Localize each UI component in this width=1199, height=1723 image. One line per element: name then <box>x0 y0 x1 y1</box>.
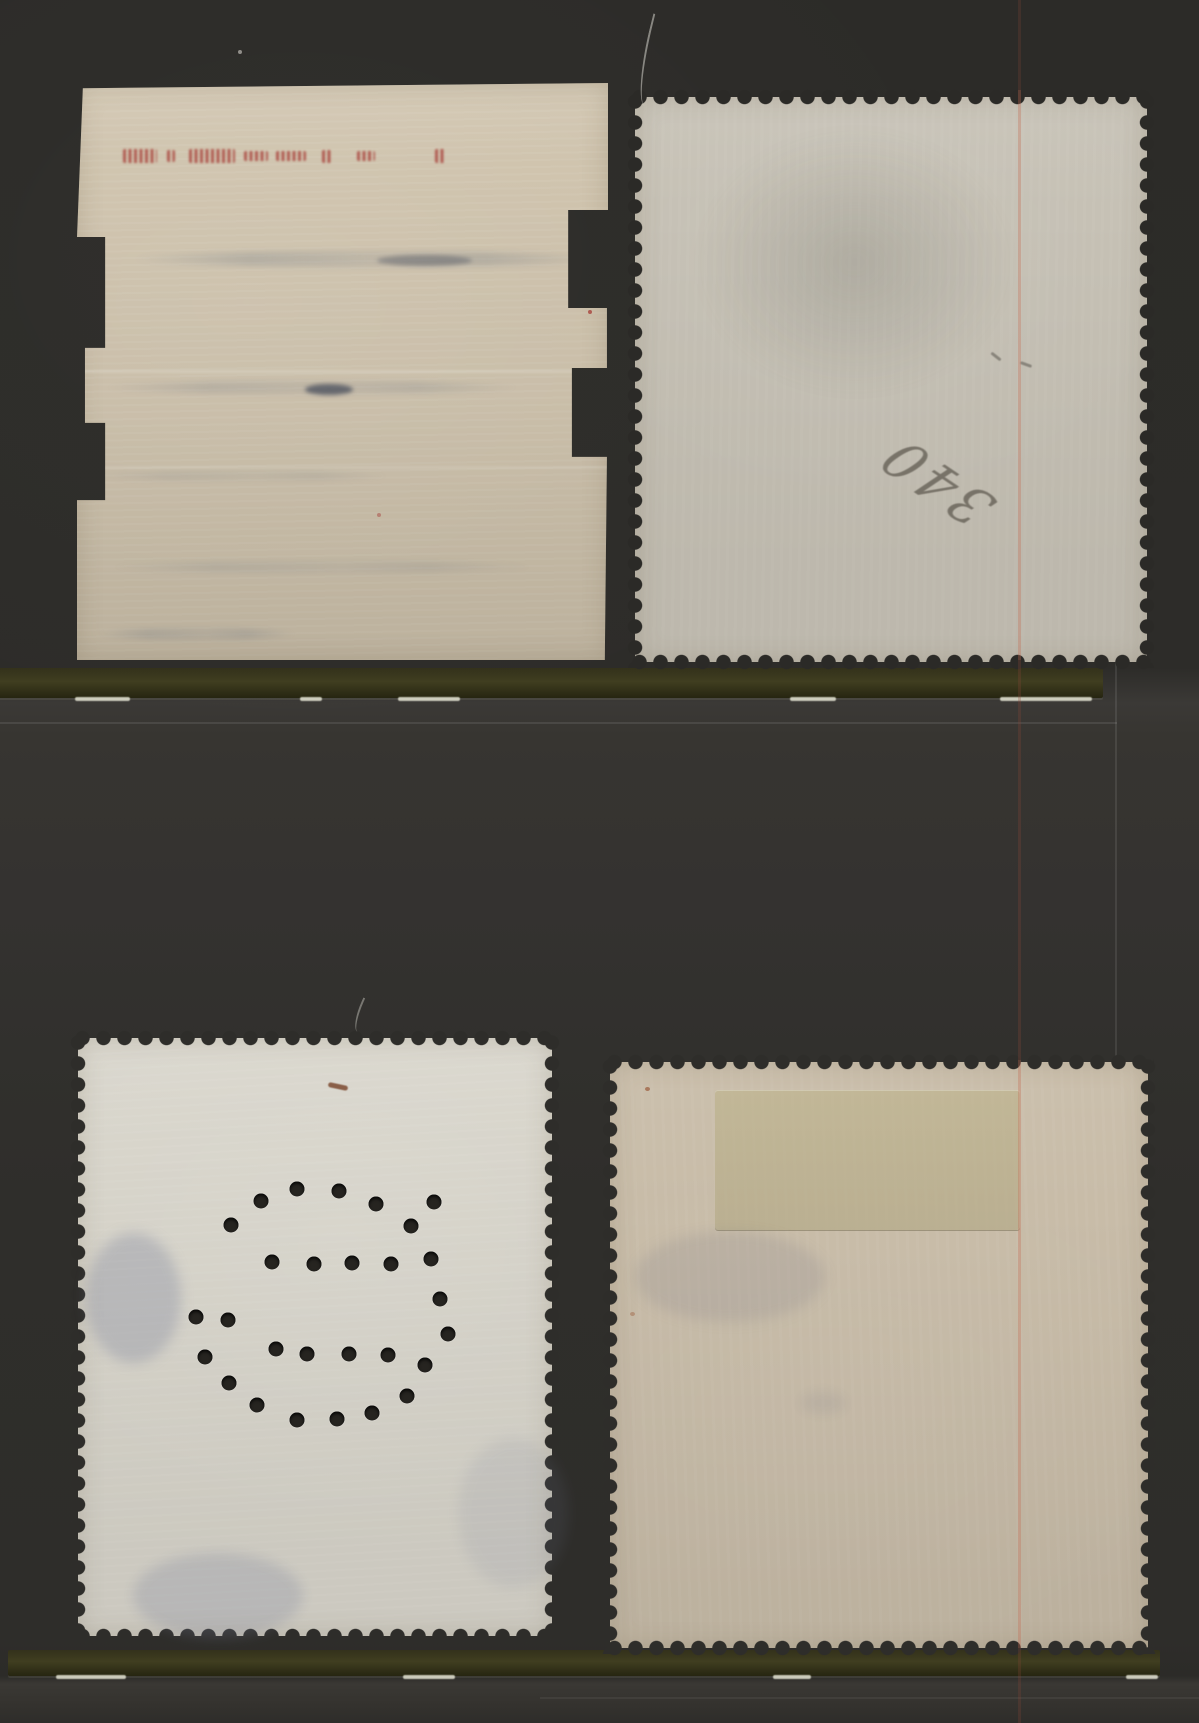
perforation-edge <box>629 89 1153 105</box>
perfin-hole <box>364 1405 379 1420</box>
precancel-mark <box>189 149 235 163</box>
perforation-edge <box>1140 1056 1156 1654</box>
perfin-hole <box>307 1257 322 1272</box>
perfin-hole <box>344 1255 359 1270</box>
ink-smudge <box>377 255 472 266</box>
dust-speck <box>238 50 242 54</box>
ink-smudge <box>97 628 297 640</box>
dust-fiber <box>350 997 373 1032</box>
stamp-bottom-left-perfin-back <box>78 1038 552 1636</box>
perfin-hole <box>383 1257 398 1272</box>
pencil-inscription-text: 340 <box>865 426 1009 537</box>
precancel-mark <box>322 150 331 163</box>
strip-glint <box>1126 1675 1158 1679</box>
ink-smudge <box>132 251 602 267</box>
perfin-hole <box>222 1376 237 1391</box>
precancel-mark <box>435 149 445 163</box>
red-speck <box>588 310 592 314</box>
rust-speck <box>645 1087 650 1091</box>
strip-glint <box>398 697 460 701</box>
dust-fiber <box>631 13 669 106</box>
precancel-mark <box>167 150 175 162</box>
sleeve-scratch-line <box>1115 640 1117 1060</box>
perfin-hole <box>441 1327 456 1342</box>
perfin-hole <box>253 1194 268 1209</box>
perforation-edge <box>602 1056 618 1654</box>
pencil-speck <box>1020 361 1032 368</box>
perfin-hole <box>433 1291 448 1306</box>
perforation-edge <box>627 91 643 668</box>
perfin-hole <box>289 1413 304 1428</box>
perfin-hole <box>380 1347 395 1362</box>
stockcard-strip-edge-bottom <box>8 1650 1160 1676</box>
blue-stain <box>458 1438 568 1588</box>
rust-speck <box>630 1312 635 1316</box>
precancel-mark <box>357 151 375 161</box>
perfin-hole <box>220 1313 235 1328</box>
strip-glint <box>56 1675 126 1679</box>
red-thread-line <box>1018 0 1021 1723</box>
blue-stain <box>133 1553 303 1638</box>
precancel-mark <box>244 151 268 161</box>
red-speck <box>590 287 594 291</box>
precancel-marking <box>123 147 445 165</box>
perfin-hole <box>399 1389 414 1404</box>
perfin-hole <box>224 1218 239 1233</box>
paper-crease <box>77 370 608 373</box>
perforation-edge <box>604 1054 1154 1070</box>
perfin-hole <box>289 1182 304 1197</box>
strip-glint <box>773 1675 811 1679</box>
hinge-remnant <box>715 1090 1020 1230</box>
paper-crease <box>77 466 608 469</box>
strip-glint <box>300 697 322 701</box>
precancel-mark <box>276 151 306 161</box>
stamp-top-left-coil-back <box>77 83 608 660</box>
perfin-hole <box>299 1346 314 1361</box>
strip-glint <box>75 697 130 701</box>
perfin-hole <box>404 1218 419 1233</box>
ink-smudge <box>635 1232 825 1322</box>
ink-smudge <box>800 1392 846 1414</box>
perfin-hole <box>424 1252 439 1267</box>
stamp-bottom-right-hinged-back <box>610 1062 1148 1648</box>
perfin-hole <box>250 1398 265 1413</box>
red-speck <box>585 257 589 261</box>
blue-stain <box>86 1233 181 1363</box>
perfin-hole <box>198 1349 213 1364</box>
perfin-hole <box>269 1341 284 1356</box>
perfin-hole <box>332 1184 347 1199</box>
perfin-hole <box>329 1411 344 1426</box>
pencil-inscription: 340 <box>868 429 1006 533</box>
stockcard-photo: 340 <box>0 0 1199 1723</box>
perfin-hole <box>417 1358 432 1373</box>
perfin-hole <box>426 1194 441 1209</box>
ink-smudge <box>107 561 537 573</box>
sleeve-scratch-line <box>0 722 1117 724</box>
stamp-top-right-back: 340 <box>635 97 1147 662</box>
precancel-mark <box>123 149 157 163</box>
perfin-hole <box>342 1346 357 1361</box>
design-showthrough <box>695 127 1015 397</box>
perfin-hole <box>189 1310 204 1325</box>
strip-glint <box>790 697 836 701</box>
ink-smudge <box>305 384 353 395</box>
strip-glint <box>403 1675 455 1679</box>
stockcard-strip-edge-top <box>0 668 1103 698</box>
perforation-edge <box>1139 91 1155 668</box>
perfin-hole <box>369 1197 384 1212</box>
perfin-hole <box>264 1255 279 1270</box>
red-speck <box>377 513 381 517</box>
ink-smudge <box>92 471 392 481</box>
sleeve-scratch-line <box>540 1697 1199 1699</box>
strip-glint <box>1000 697 1092 701</box>
